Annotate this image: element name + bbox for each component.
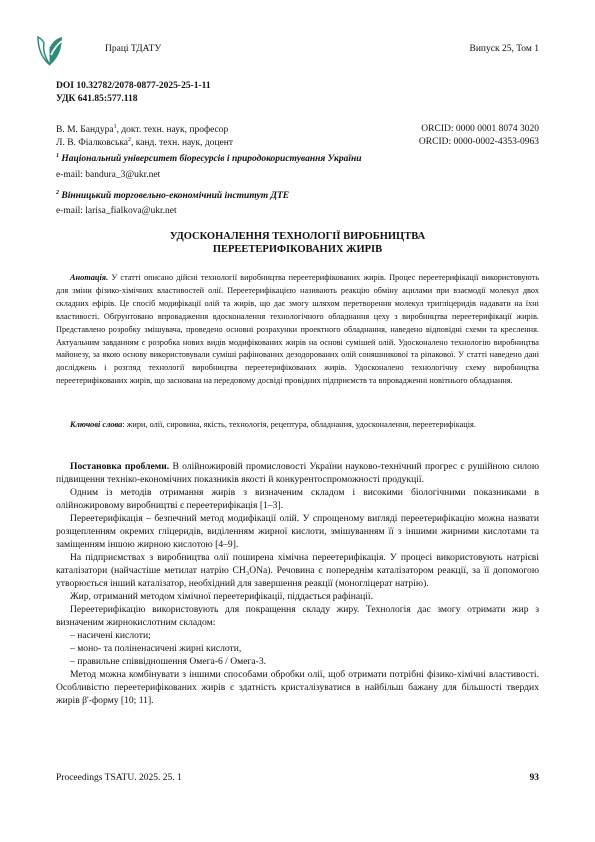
paragraph: Переетерифікація – безпечний метод модиф… xyxy=(56,512,539,551)
paragraph: Переетерифікацію використовують для покр… xyxy=(56,603,539,629)
affiliation: 2 Вінницький торговельно-економічний інс… xyxy=(56,190,289,201)
abstract-label: Анотація. xyxy=(70,273,108,282)
body-text: Постановка проблеми. В олійножировій про… xyxy=(56,460,539,707)
affiliation-sup: 1 xyxy=(56,153,59,159)
author-email[interactable]: e-mail: bandura_3@ukr.net xyxy=(56,170,160,180)
author-row: В. М. Бандура1, докт. техн. наук, профес… xyxy=(56,124,539,135)
document-page: Праці ТДАТУ Випуск 25, Том 1 DOI 10.3278… xyxy=(0,0,595,842)
issue-label: Випуск 25, Том 1 xyxy=(469,44,539,54)
composition-list: – насичені кислоти; – моно- та поліненас… xyxy=(56,629,539,668)
author-email[interactable]: e-mail: larisa_fialkova@ukr.net xyxy=(56,206,177,216)
abstract: Анотація. У статті описано дійсні технол… xyxy=(56,272,539,388)
affiliation-name: Національний університет біоресурсів і п… xyxy=(61,154,361,164)
footer-citation: Proceedings TSATU. 2025. 25. 1 xyxy=(56,773,182,783)
keywords-label: Ключові слова xyxy=(70,420,122,429)
keywords: Ключові слова: жири, олії, сировина, які… xyxy=(56,419,539,432)
section-lead: Постановка проблеми. xyxy=(70,461,169,472)
author-title: , канд. техн. наук, доцент xyxy=(131,138,233,148)
author-title: , докт. техн. наук, професор xyxy=(117,125,229,135)
affiliation-name: Вінницький торговельно-економічний інсти… xyxy=(61,191,289,201)
author-name: Л. В. Фіалковська xyxy=(56,138,128,148)
keywords-text: : жири, олії, сировина, якість, технолог… xyxy=(122,420,476,429)
doi-link[interactable]: DOI 10.32782/2078-0877-2025-25-1-11 xyxy=(56,81,211,91)
author-orcid[interactable]: ORCID: 0000 0001 8074 3020 xyxy=(421,124,539,135)
author-info: В. М. Бандура1, докт. техн. наук, профес… xyxy=(56,124,228,135)
author-name: В. М. Бандура xyxy=(56,125,114,135)
list-item: – моно- та поліненасичені жирні кислоти, xyxy=(56,642,539,655)
paper-title: УДОСКОНАЛЕННЯ ТЕХНОЛОГІЇ ВИРОБНИЦТВА ПЕР… xyxy=(56,230,539,256)
journal-name: Праці ТДАТУ xyxy=(105,44,161,54)
author-row: Л. В. Фіалковська2, канд. техн. наук, до… xyxy=(56,137,539,148)
paragraph: На підприємствах з виробництва олії поши… xyxy=(56,551,539,590)
paragraph: Постановка проблеми. В олійножировій про… xyxy=(56,460,539,486)
book-leaf-logo-icon xyxy=(36,33,64,67)
author-orcid[interactable]: ORCID: 0000-0002-4353-0963 xyxy=(419,137,539,148)
affiliation: 1 Національний університет біоресурсів і… xyxy=(56,153,362,164)
paragraph: Метод можна комбінувати з іншими способа… xyxy=(56,668,539,707)
paragraph: Одним із методів отримання жирів з визна… xyxy=(56,486,539,512)
list-item: – насичені кислоти; xyxy=(56,629,539,642)
list-item: – правильне співвідношення Омега-6 / Оме… xyxy=(56,655,539,668)
udk-code: УДК 641.85:577.118 xyxy=(56,94,137,104)
title-line: ПЕРЕЕТЕРИФІКОВАНИХ ЖИРІВ xyxy=(56,243,539,256)
author-info: Л. В. Фіалковська2, канд. техн. наук, до… xyxy=(56,137,233,148)
affiliation-sup: 2 xyxy=(56,190,59,196)
paragraph: Жир, отриманий методом хімічної переетер… xyxy=(56,590,539,603)
abstract-text: У статті описано дійсні технології вироб… xyxy=(56,273,539,385)
title-line: УДОСКОНАЛЕННЯ ТЕХНОЛОГІЇ ВИРОБНИЦТВА xyxy=(56,230,539,243)
page-number: 93 xyxy=(530,773,540,783)
